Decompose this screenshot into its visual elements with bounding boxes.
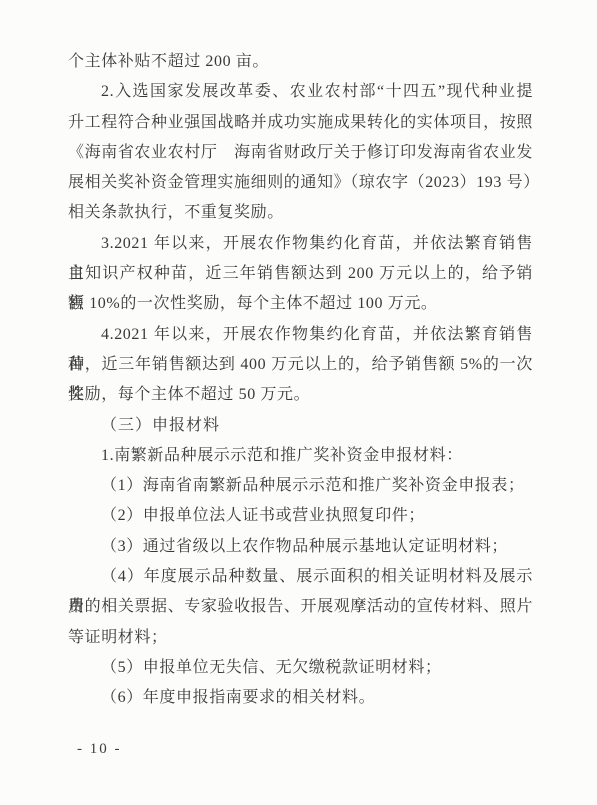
text-line: （1）海南省南繁新品种展示示范和推广奖补资金申报表； [68, 471, 533, 501]
document-body: 个主体补贴不超过 200 亩。2.入选国家发展改革委、农业农村部“十四五”现代种… [68, 47, 533, 714]
text-line: 个主体补贴不超过 200 亩。 [68, 47, 533, 77]
text-line: （6）年度申报指南要求的相关材料。 [68, 683, 533, 713]
text-line: 等证明材料； [68, 623, 533, 653]
text-line: 苗，近三年销售额达到 400 万元以上的，给予销售额 5%的一次性 [68, 350, 533, 380]
text-line: 升工程符合种业强国战略并成功实施成果转化的实体项目，按照 [68, 108, 533, 138]
text-line: 用的相关票据、专家验收报告、开展观摩活动的宣传材料、照片 [68, 592, 533, 622]
text-line: （3）通过省级以上农作物品种展示基地认定证明材料； [68, 532, 533, 562]
text-line: （4）年度展示品种数量、展示面积的相关证明材料及展示费 [68, 562, 533, 592]
text-line: 额 10%的一次性奖励，每个主体不超过 100 万元。 [68, 289, 533, 319]
text-line: 1.南繁新品种展示示范和推广奖补资金申报材料： [68, 441, 533, 471]
text-line: （2）申报单位法人证书或营业执照复印件； [68, 501, 533, 531]
text-line: 2.入选国家发展改革委、农业农村部“十四五”现代种业提 [68, 77, 533, 107]
document-page: 个主体补贴不超过 200 亩。2.入选国家发展改革委、农业农村部“十四五”现代种… [0, 0, 597, 805]
text-line: 奖励，每个主体不超过 50 万元。 [68, 380, 533, 410]
section-heading: （三）申报材料 [68, 411, 533, 441]
text-line: 主知识产权种苗，近三年销售额达到 200 万元以上的，给予销售 [68, 259, 533, 289]
text-line: 《海南省农业农村厅 海南省财政厅关于修订印发海南省农业发 [68, 138, 533, 168]
text-line: 展相关奖补资金管理实施细则的通知》（琼农字（2023）193 号） [68, 168, 533, 198]
text-line: （5）申报单位无失信、无欠缴税款证明材料； [68, 653, 533, 683]
text-line: 3.2021 年以来，开展农作物集约化育苗，并依法繁育销售自 [68, 229, 533, 259]
text-line: 相关条款执行，不重复奖励。 [68, 198, 533, 228]
page-number: - 10 - [77, 741, 122, 758]
text-line: 4.2021 年以来，开展农作物集约化育苗，并依法繁育销售种 [68, 320, 533, 350]
